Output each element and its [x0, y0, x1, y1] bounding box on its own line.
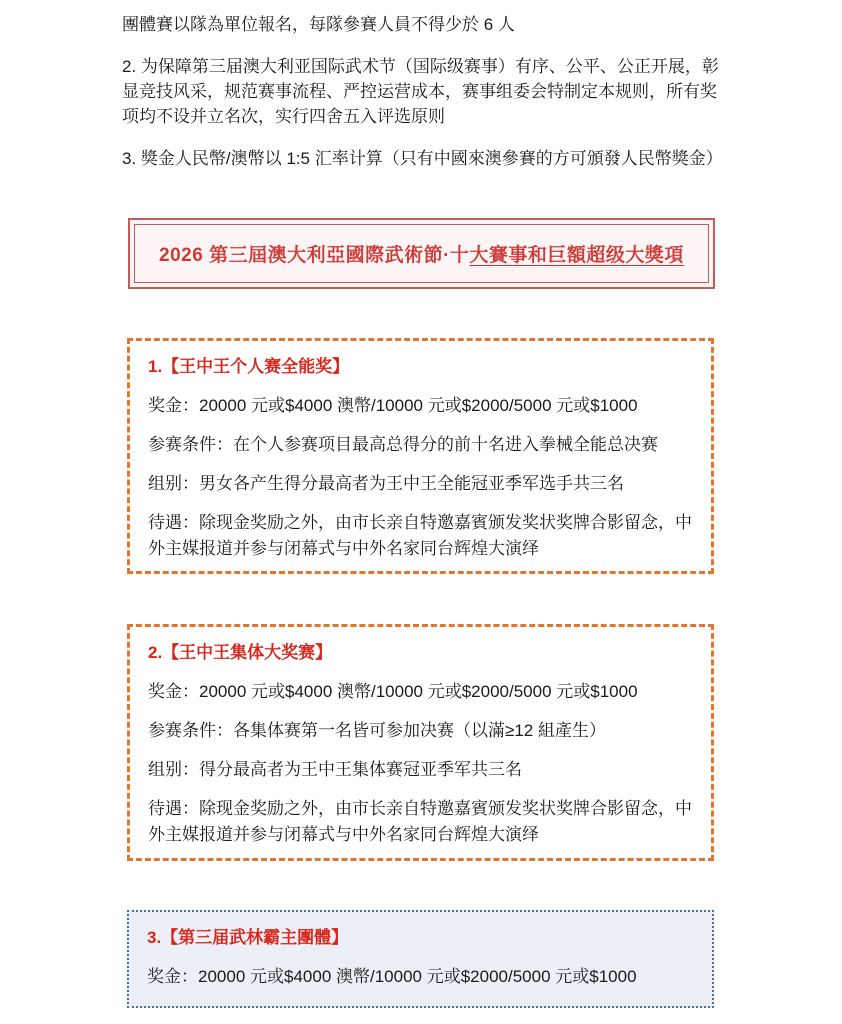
prize-box-1-line-conditions: 参赛条件：在个人参赛项目最高总得分的前十名进入拳械全能总决赛	[148, 432, 693, 458]
intro-paragraph-3: 3. 獎金人民幣/澳幣以 1:5 汇率计算（只有中國來澳參賽的方可頒發人民幣獎金…	[122, 146, 720, 171]
document-page: 團體賽以隊為單位報名，每隊參賽人員不得少於 6 人 2. 为保障第三届澳大利亚国…	[0, 0, 842, 1024]
prize-box-2-line-groups: 组别：得分最高者为王中王集体赛冠亚季军共三名	[148, 757, 693, 783]
prize-box-1: 1.【王中王个人赛全能奖】 奖金：20000 元或$4000 澳幣/10000 …	[127, 338, 714, 574]
prize-box-2-title: 2.【王中王集体大奖赛】	[148, 640, 693, 666]
prize-box-2-line-conditions: 参赛条件：各集体赛第一名皆可参加决赛（以滿≥12 組產生）	[148, 718, 693, 744]
prize-box-3-title: 3.【第三届武林霸主團體】	[147, 925, 694, 951]
prize-box-1-title: 1.【王中王个人赛全能奖】	[148, 354, 693, 380]
prize-box-1-line-treatment: 待遇：除现金奖励之外，由市长亲自特邀嘉賓颁发奖状奖牌合影留念，中外主媒报道并参与…	[148, 510, 693, 562]
prize-box-3: 3.【第三届武林霸主團體】 奖金：20000 元或$4000 澳幣/10000 …	[127, 910, 714, 1008]
festival-title-banner-inner: 2026 第三屆澳大利亞國際武術節·十大賽事和巨額超级大獎項	[134, 224, 709, 283]
festival-title: 2026 第三屆澳大利亞國際武術節·十大賽事和巨額超级大獎項	[159, 240, 684, 267]
prize-box-1-line-prize: 奖金：20000 元或$4000 澳幣/10000 元或$2000/5000 元…	[148, 393, 693, 419]
festival-title-prefix: 2026 第三屆澳大利亞國際武術節·十	[159, 245, 469, 266]
intro-section: 團體賽以隊為單位報名，每隊參賽人員不得少於 6 人 2. 为保障第三届澳大利亚国…	[122, 12, 720, 188]
festival-title-underlined: 大賽事和巨額超级大獎項	[469, 245, 684, 266]
prize-box-3-line-prize: 奖金：20000 元或$4000 澳幣/10000 元或$2000/5000 元…	[147, 964, 694, 990]
prize-box-2: 2.【王中王集体大奖赛】 奖金：20000 元或$4000 澳幣/10000 元…	[127, 624, 714, 861]
festival-title-banner: 2026 第三屆澳大利亞國際武術節·十大賽事和巨額超级大獎項	[128, 218, 715, 289]
intro-paragraph-1: 團體賽以隊為單位報名，每隊參賽人員不得少於 6 人	[122, 12, 720, 37]
prize-box-2-line-prize: 奖金：20000 元或$4000 澳幣/10000 元或$2000/5000 元…	[148, 679, 693, 705]
prize-box-1-line-groups: 组别：男女各产生得分最高者为王中王全能冠亚季军选手共三名	[148, 471, 693, 497]
prize-box-2-line-treatment: 待遇：除现金奖励之外，由市长亲自特邀嘉賓颁发奖状奖牌合影留念，中外主媒报道并参与…	[148, 796, 693, 848]
intro-paragraph-2: 2. 为保障第三届澳大利亚国际武术节（国际级赛事）有序、公平、公正开展，彰显竞技…	[122, 54, 720, 129]
